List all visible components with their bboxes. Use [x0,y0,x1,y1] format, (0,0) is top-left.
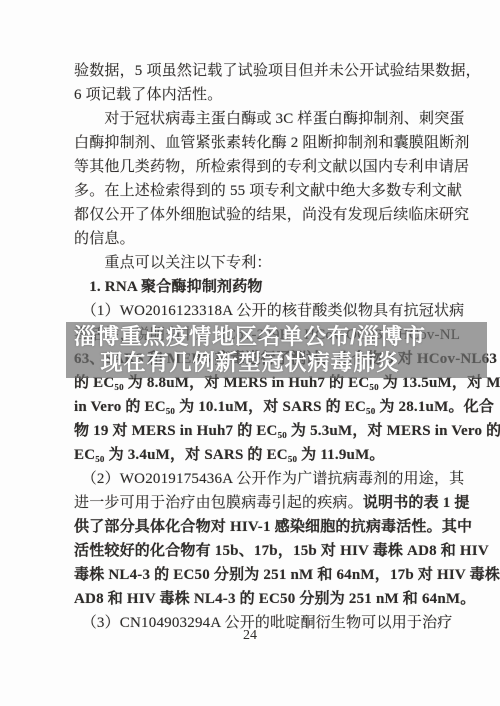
document-line: EC₅₀ 为 3.4uM，对 SARS 的 EC₅₀ 为 11.9uM。 [74,443,470,467]
document-line: 对于冠状病毒主蛋白酶或 3C 样蛋白酶抑制剂、刺突蛋 [74,107,470,131]
document-line: 多。在上述检索得到的 55 项专利文献中绝大多数专利文献 [74,179,470,203]
document-line: （1）WO2016123318A 公开的核苷酸类似物具有抗冠状病 [74,299,470,323]
page-number: 24 [0,628,500,644]
document-line: 物 19 对 MERS in Huh7 的 EC₅₀ 为 5.3uM，对 MER… [74,419,470,443]
headline-line-2: 现在有几例新型冠状病毒肺炎 [0,350,500,376]
document-line: 毒株 NL4-3 的 EC50 分别为 251 nM 和 64nM，17b 对 … [74,563,470,587]
headline-overlay: 淄博重点疫情地区名单公布/淄博市 现在有几例新型冠状病毒肺炎 [0,324,500,376]
scanned-document-page: 验数据，5 项虽然记载了试验项目但并未公开试验结果数据，6 项记载了体内活性。 … [0,0,500,706]
document-line: 验数据，5 项虽然记载了试验项目但并未公开试验结果数据， [74,59,470,83]
headline-line-1: 淄博重点疫情地区名单公布/淄博市 [0,324,500,350]
document-line: 白酶抑制剂、血管紧张素转化酶 2 阻断抑制剂和囊膜阻断剂 [74,131,470,155]
document-line: 都仅公开了体外细胞试验的结果，尚没有发现后续临床研究 [74,203,470,227]
document-line: 6 项记载了体内活性。 [74,83,470,107]
document-line: 的信息。 [74,227,470,251]
document-line: （2）WO2019175436A 公开作为广谱抗病毒剂的用途，其 [74,467,470,491]
document-line: AD8 和 HIV 毒株 NL4-3 的 EC50 分别为 251 nM 和 6… [74,587,470,611]
document-line: 1. RNA 聚合酶抑制剂药物 [74,275,470,299]
document-line: 活性较好的化合物有 15b、17b，15b 对 HIV 毒株 AD8 和 HIV [74,539,470,563]
document-line: 供了部分具体化合物对 HIV-1 感染细胞的抗病毒活性。其中 [74,515,470,539]
document-line: in Vero 的 EC₅₀ 为 10.1uM，对 SARS 的 EC₅₀ 为 … [74,395,470,419]
document-line: 等其他几类药物，所检索得到的专利文献以国内专利申请居 [74,155,470,179]
document-line: 进一步可用于治疗由包膜病毒引起的疾病。说明书的表 1 提 [74,491,470,515]
document-line: 重点可以关注以下专利： [74,251,470,275]
